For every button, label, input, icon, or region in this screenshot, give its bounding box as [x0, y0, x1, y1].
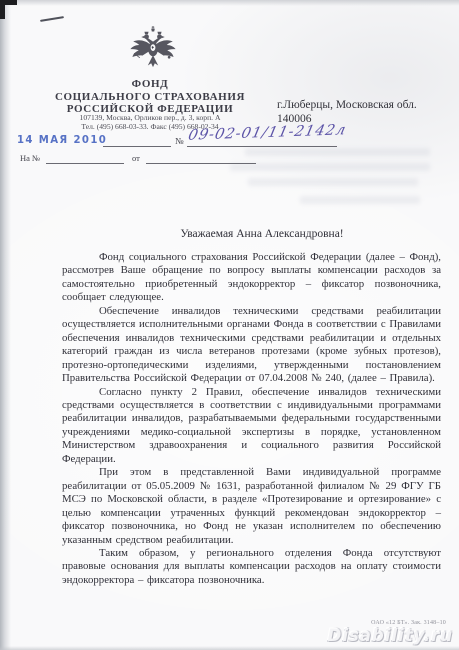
reply-reference-line: На № от	[20, 153, 440, 169]
scanned-letter-page: ФОНД СОЦИАЛЬНОГО СТРАХОВАНИЯ РОССИЙСКОЙ …	[0, 0, 459, 650]
underline	[103, 146, 171, 147]
salutation: Уважаемая Анна Александровна!	[62, 228, 440, 240]
scan-corner-mark	[0, 0, 5, 19]
reply-to-label: На №	[20, 153, 40, 163]
pen-mark	[40, 16, 64, 22]
underline	[187, 146, 337, 147]
body-paragraph: Согласно пункту 2 Правил, обеспечение ин…	[62, 386, 441, 467]
recipient-city: г.Люберцы, Московская обл.	[277, 98, 417, 112]
organization-name: ФОНД СОЦИАЛЬНОГО СТРАХОВАНИЯ РОССИЙСКОЙ …	[30, 78, 270, 116]
number-label: №	[175, 136, 184, 146]
scan-edge-top	[0, 0, 459, 6]
body-paragraph: Фонд социального страхования Российской …	[62, 251, 441, 305]
bleed-through-ghost	[300, 196, 420, 204]
body-paragraph: Таким образом, у регионального отделения…	[62, 547, 441, 587]
letter-body: Фонд социального страхования Российской …	[62, 251, 441, 587]
bleed-through-ghost	[248, 178, 418, 186]
org-name-line1: ФОНД	[30, 78, 270, 91]
body-paragraph: При этом в представленной Вами индивидуа…	[62, 466, 441, 547]
scan-edge-left	[0, 0, 11, 650]
date-stamp: 14 МАЯ 2010	[17, 133, 107, 146]
org-name-line2: СОЦИАЛЬНОГО СТРАХОВАНИЯ	[30, 91, 270, 104]
underline	[46, 163, 124, 164]
reference-line: 14 МАЯ 2010 № 09-02-01/11-2142л	[17, 131, 437, 151]
body-paragraph: Обеспечение инвалидов техническими средс…	[62, 305, 441, 386]
scan-edge-bottom	[0, 646, 459, 650]
disability-ru-watermark: Disability.ru	[328, 626, 453, 645]
underline	[146, 163, 256, 164]
coat-of-arms-eagle-icon	[127, 26, 179, 76]
reply-from-label: от	[132, 153, 140, 163]
